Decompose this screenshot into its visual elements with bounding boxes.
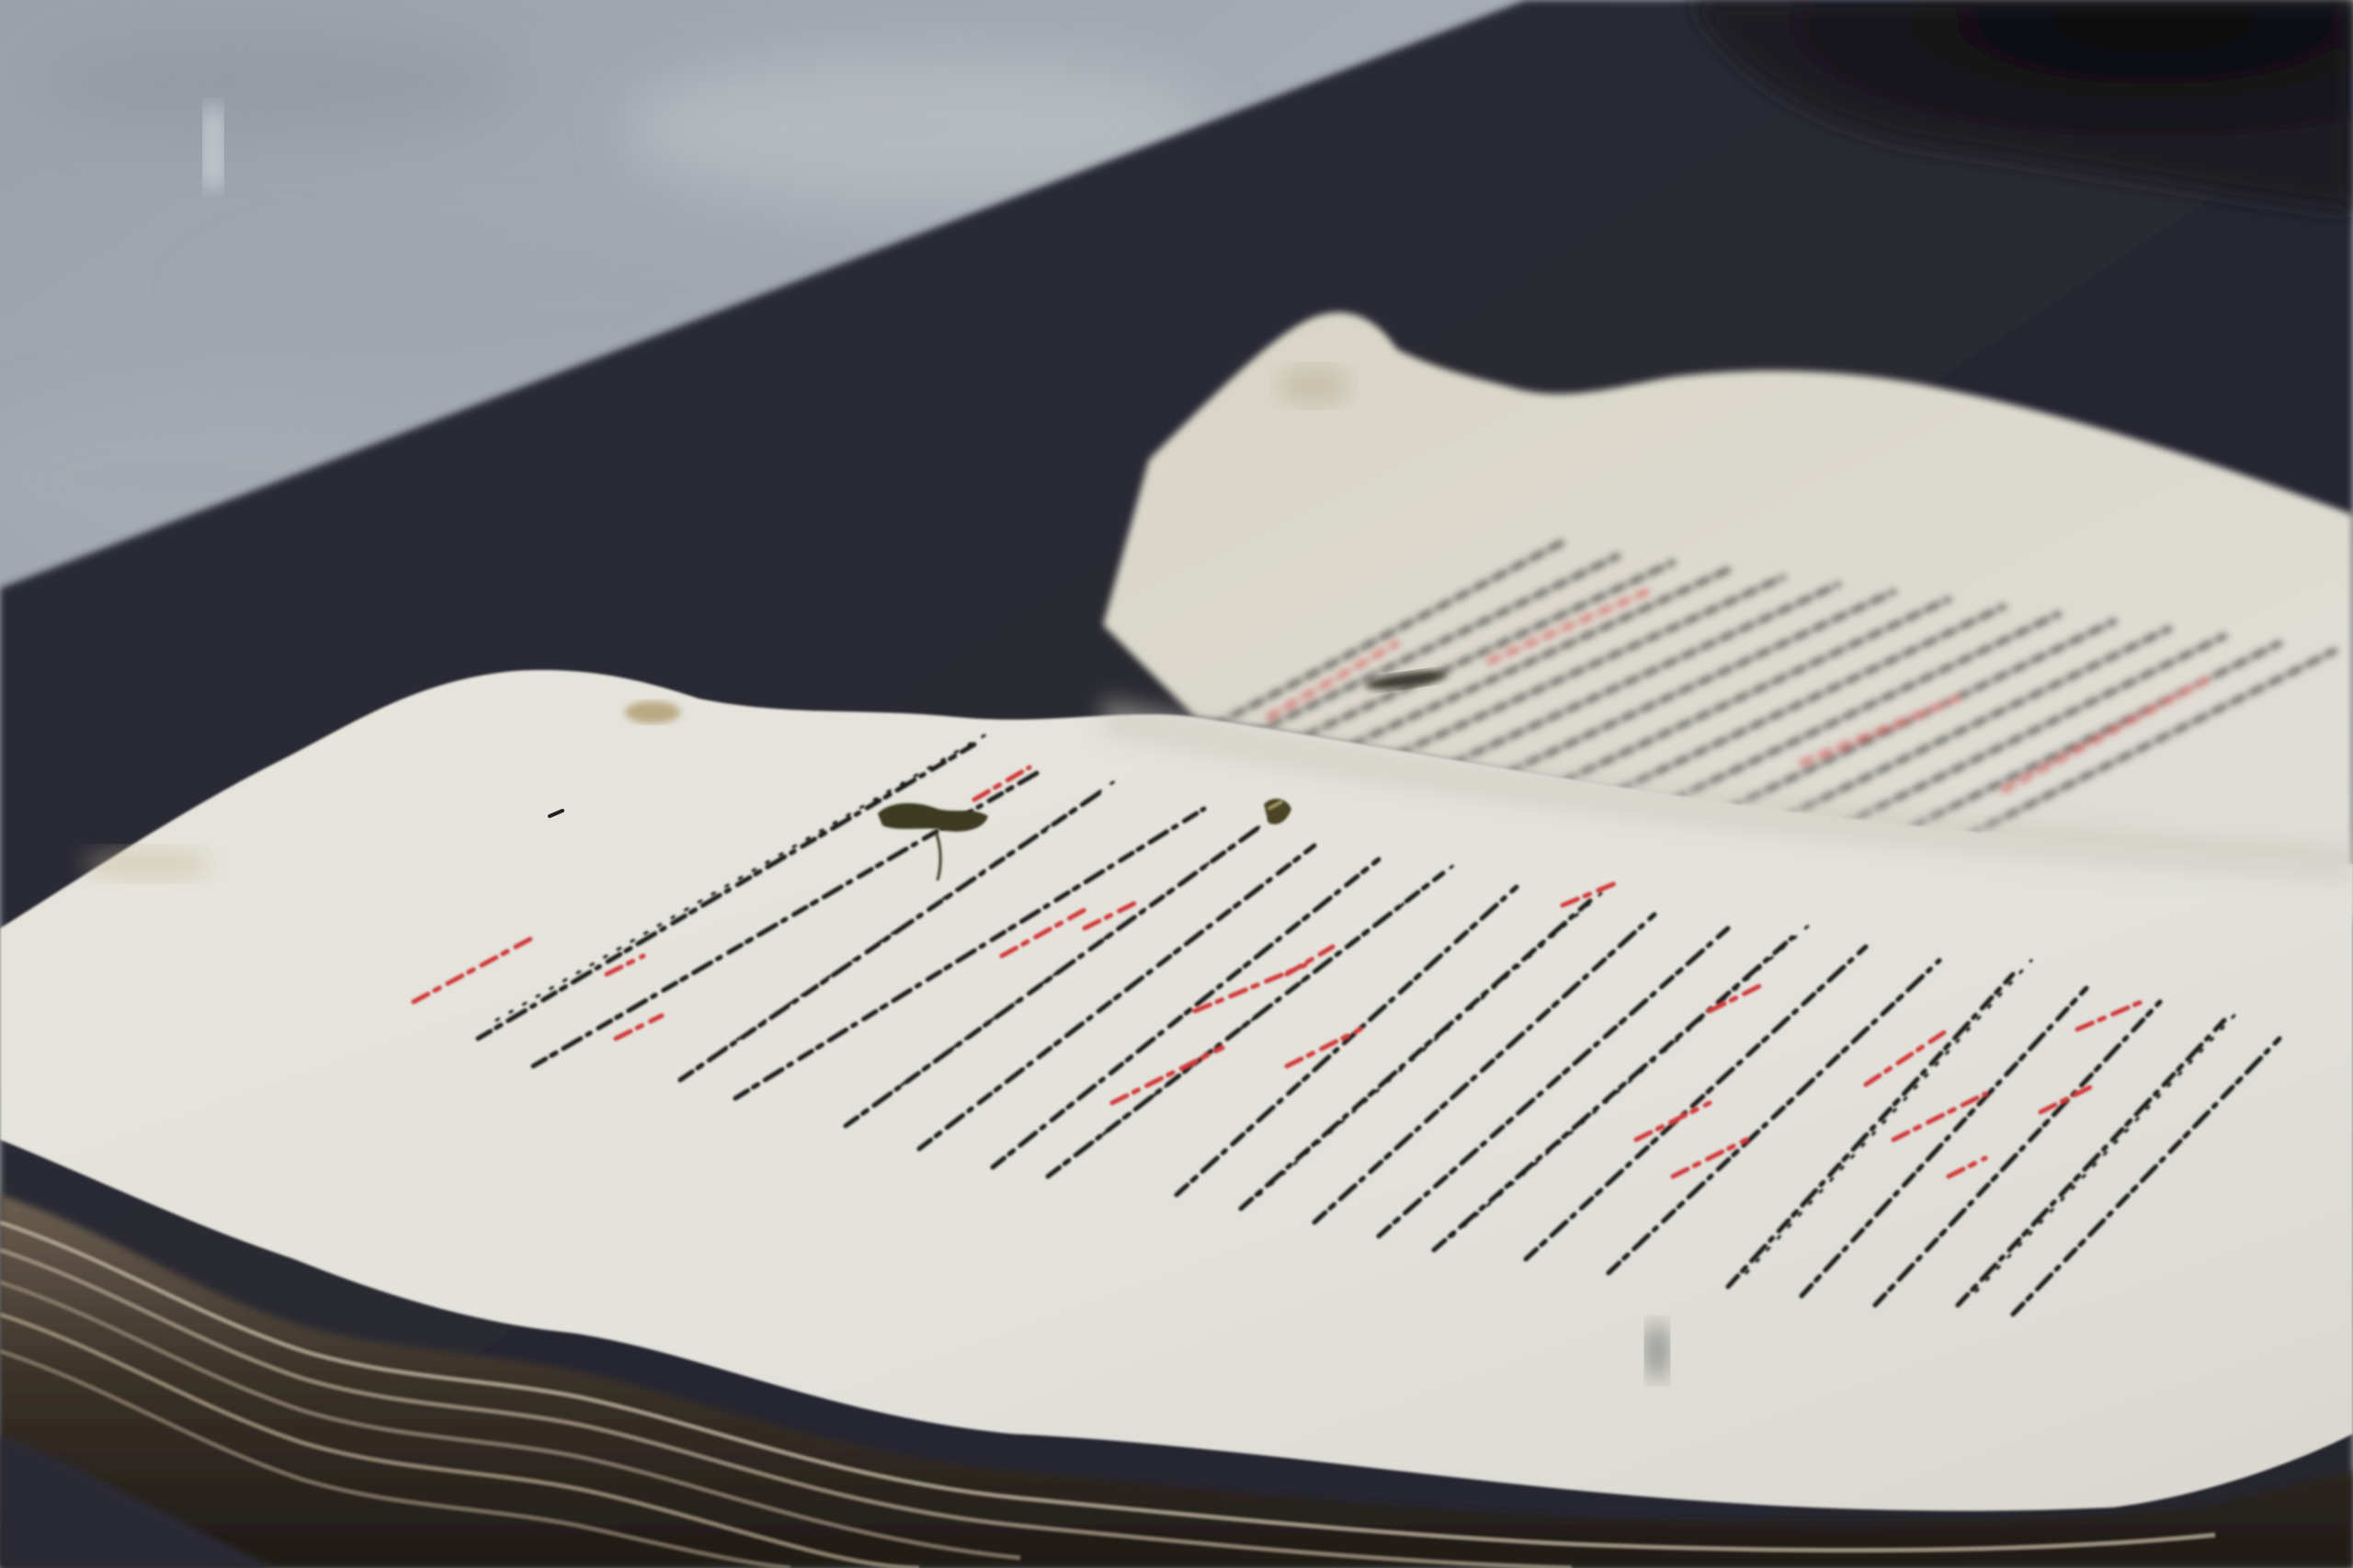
manuscript-text bbox=[0, 0, 2353, 1568]
worm-holes bbox=[878, 799, 1291, 881]
manuscript-photo: Close-up photograph of a handwritten man… bbox=[0, 0, 2353, 1568]
